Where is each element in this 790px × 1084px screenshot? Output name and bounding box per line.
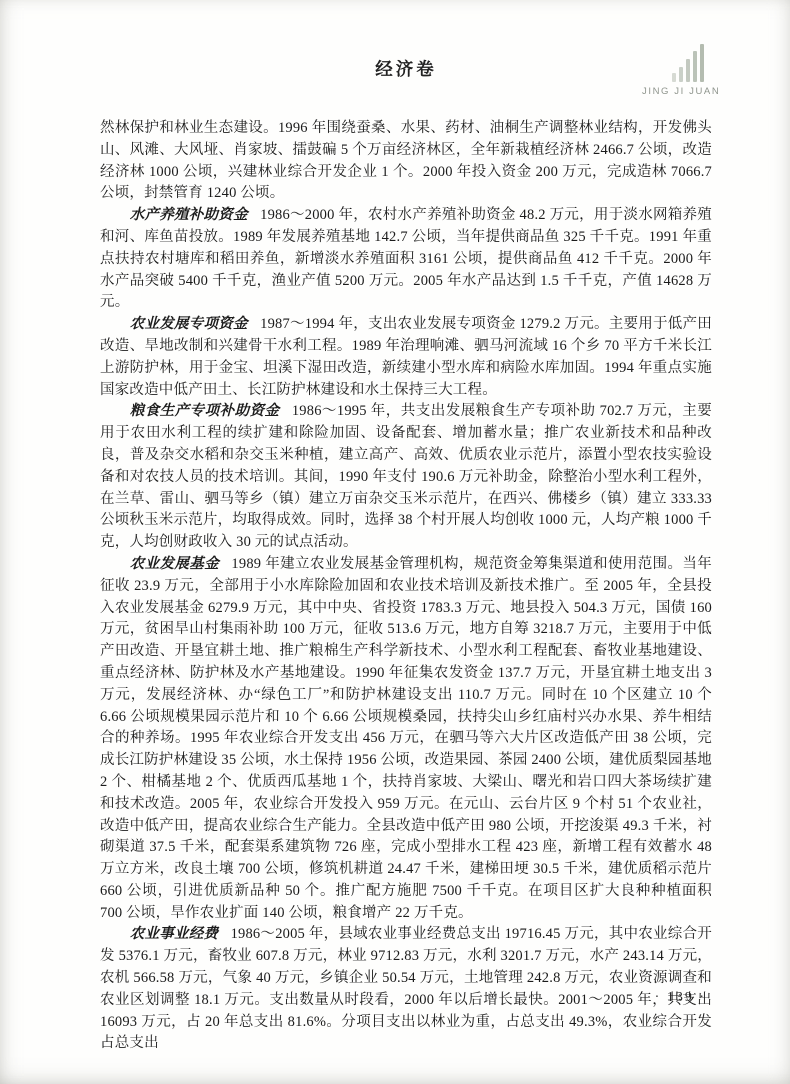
paragraph-lead: 农业事业经费 xyxy=(130,926,219,942)
paragraph-text: 1986～2005 年，县域农业事业经费总支出 19716.45 万元，其中农业… xyxy=(100,926,712,1051)
paragraph-aquaculture-subsidy: 水产养殖补助资金1986～2000 年，农村水产养殖补助资金 48.2 万元，用… xyxy=(100,205,712,314)
page-content: 经济卷 JING JI JUAN 然林保护和林业生态建设。1996 年围绕蚕桑、… xyxy=(100,54,712,1055)
page-number: · 139 · xyxy=(655,990,706,1006)
page-header: 经济卷 JING JI JUAN xyxy=(100,54,712,112)
paragraph-text: 1986～1995 年，共支出发展粮食生产专项补助 702.7 万元，主要用于农… xyxy=(100,403,712,550)
paragraph-lead: 水产养殖补助资金 xyxy=(130,207,248,223)
volume-title: 经济卷 xyxy=(100,54,712,84)
paragraph-agri-development-fund: 农业发展基金1989 年建立农业发展基金管理机构，规范资金筹集渠道和使用范围。当… xyxy=(100,554,712,925)
paragraph-forest-protection: 然林保护和林业生态建设。1996 年围绕蚕桑、水果、药材、油桐生产调整林业结构，… xyxy=(100,118,712,205)
paragraph-lead: 农业发展专项资金 xyxy=(130,316,248,332)
publisher-logo: JING JI JUAN xyxy=(642,42,720,97)
paragraph-lead: 农业发展基金 xyxy=(130,556,219,572)
logo-text: JING JI JUAN xyxy=(642,86,720,97)
body-text: 然林保护和林业生态建设。1996 年围绕蚕桑、水果、药材、油桐生产调整林业结构，… xyxy=(100,118,712,1055)
logo-bars-icon xyxy=(656,42,720,82)
paragraph-agri-operating-expense: 农业事业经费1986～2005 年，县域农业事业经费总支出 19716.45 万… xyxy=(100,924,712,1055)
paragraph-grain-production-subsidy: 粮食生产专项补助资金1986～1995 年，共支出发展粮食生产专项补助 702.… xyxy=(100,401,712,554)
paragraph-agri-development-fund-special: 农业发展专项资金1987～1994 年，支出农业发展专项资金 1279.2 万元… xyxy=(100,314,712,401)
paragraph-text: 然林保护和林业生态建设。1996 年围绕蚕桑、水果、药材、油桐生产调整林业结构，… xyxy=(100,120,712,201)
paragraph-lead: 粮食生产专项补助资金 xyxy=(130,403,280,419)
document-page: 经济卷 JING JI JUAN 然林保护和林业生态建设。1996 年围绕蚕桑、… xyxy=(0,0,790,1084)
paragraph-text: 1989 年建立农业发展基金管理机构，规范资金筹集渠道和使用范围。当年征收 23… xyxy=(100,556,712,921)
